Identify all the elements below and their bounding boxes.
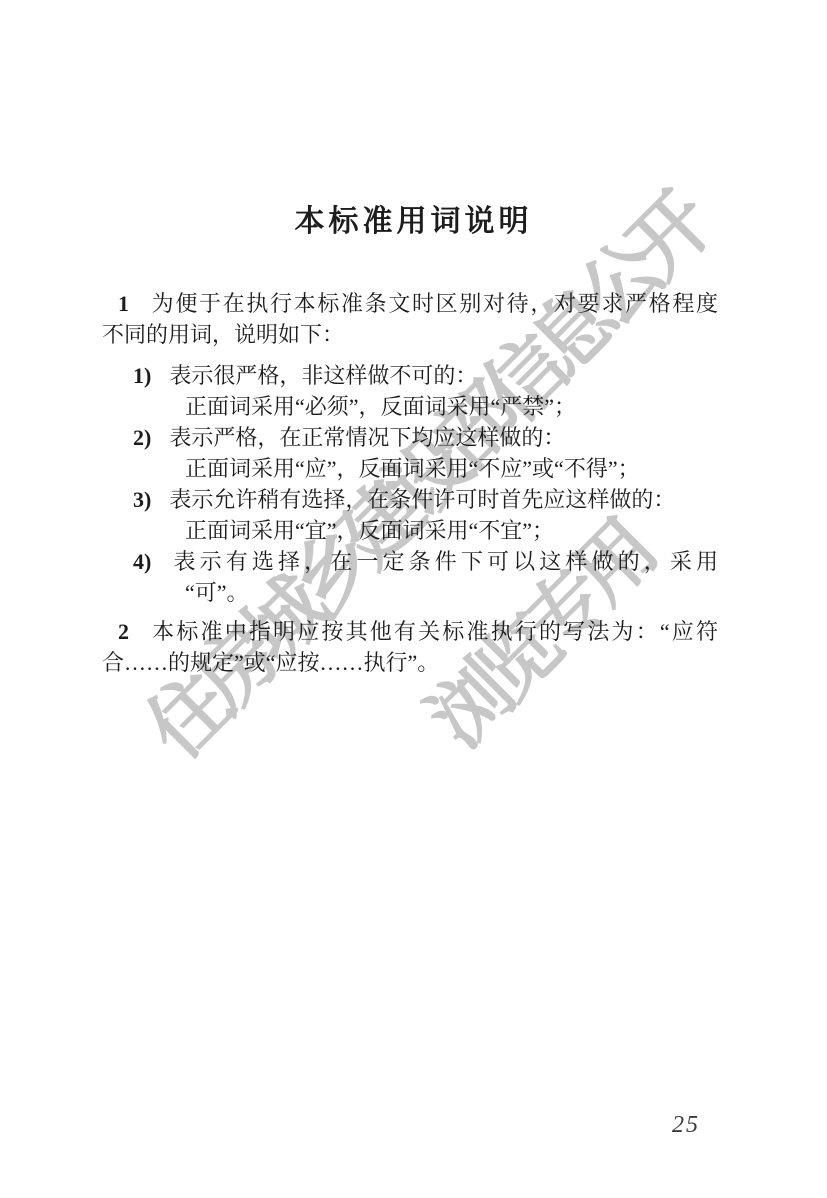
sub-item-3: 3)表示允许稍有选择，在条件许可时首先应这样做的： 正面词采用“宜”，反面词采用… bbox=[102, 484, 718, 546]
sub-item-1-line-2: 正面词采用“必须”，反面词采用“严禁”； bbox=[102, 391, 718, 422]
clause-2-number: 2 bbox=[118, 619, 129, 644]
sub-item-4-line-1: 4)表示有选择，在一定条件下可以这样做的，采用 bbox=[102, 546, 718, 577]
sub-item-1-line-1: 1)表示很严格，非这样做不可的： bbox=[102, 360, 718, 391]
clause-1-line-2: 不同的用词，说明如下： bbox=[102, 319, 718, 350]
sub-item-1-text: 表示很严格，非这样做不可的： bbox=[169, 363, 477, 388]
sub-item-2-line-1: 2)表示严格，在正常情况下均应这样做的： bbox=[102, 422, 718, 453]
sub-item-4-line-2: “可”。 bbox=[102, 577, 718, 608]
page-title: 本标准用词说明 bbox=[0, 196, 827, 240]
clause-1-line-1: 1为便于在执行本标准条文时区别对待，对要求严格程度 bbox=[102, 288, 718, 319]
sub-item-1-number: 1) bbox=[133, 363, 151, 388]
sub-item-3-text: 表示允许稍有选择，在条件许可时首先应这样做的： bbox=[169, 487, 675, 512]
clause-1-number: 1 bbox=[118, 291, 129, 316]
sub-item-2-number: 2) bbox=[133, 425, 151, 450]
clause-1-text: 为便于在执行本标准条文时区别对待，对要求严格程度 bbox=[150, 291, 718, 316]
sub-item-2: 2)表示严格，在正常情况下均应这样做的： 正面词采用“应”，反面词采用“不应”或… bbox=[102, 422, 718, 484]
clause-1: 1为便于在执行本标准条文时区别对待，对要求严格程度 不同的用词，说明如下： bbox=[102, 288, 718, 350]
sub-item-1: 1)表示很严格，非这样做不可的： 正面词采用“必须”，反面词采用“严禁”； bbox=[102, 360, 718, 422]
sub-item-4-text: 表示有选择，在一定条件下可以这样做的，采用 bbox=[169, 549, 718, 574]
document-page: 住房城乡建设部信息公开 浏览专用 本标准用词说明 1为便于在执行本标准条文时区别… bbox=[0, 0, 827, 1198]
page-number: 25 bbox=[672, 1112, 700, 1139]
clause-2-line-2: 合……的规定”或“应按……执行”。 bbox=[102, 647, 718, 678]
sub-item-4: 4)表示有选择，在一定条件下可以这样做的，采用 “可”。 bbox=[102, 546, 718, 608]
sub-item-4-number: 4) bbox=[133, 549, 151, 574]
clause-2: 2本标准中指明应按其他有关标准执行的写法为：“应符 合……的规定”或“应按……执… bbox=[102, 616, 718, 678]
clause-2-line-1: 2本标准中指明应按其他有关标准执行的写法为：“应符 bbox=[102, 616, 718, 647]
clause-2-text: 本标准中指明应按其他有关标准执行的写法为：“应符 bbox=[150, 619, 718, 644]
sub-item-2-text: 表示严格，在正常情况下均应这样做的： bbox=[169, 425, 565, 450]
sub-item-3-line-2: 正面词采用“宜”，反面词采用“不宜”； bbox=[102, 515, 718, 546]
sub-item-3-line-1: 3)表示允许稍有选择，在条件许可时首先应这样做的： bbox=[102, 484, 718, 515]
sub-item-list: 1)表示很严格，非这样做不可的： 正面词采用“必须”，反面词采用“严禁”； 2)… bbox=[102, 360, 718, 608]
document-body: 1为便于在执行本标准条文时区别对待，对要求严格程度 不同的用词，说明如下： 1)… bbox=[102, 288, 718, 678]
sub-item-3-number: 3) bbox=[133, 487, 151, 512]
sub-item-2-line-2: 正面词采用“应”，反面词采用“不应”或“不得”； bbox=[102, 453, 718, 484]
